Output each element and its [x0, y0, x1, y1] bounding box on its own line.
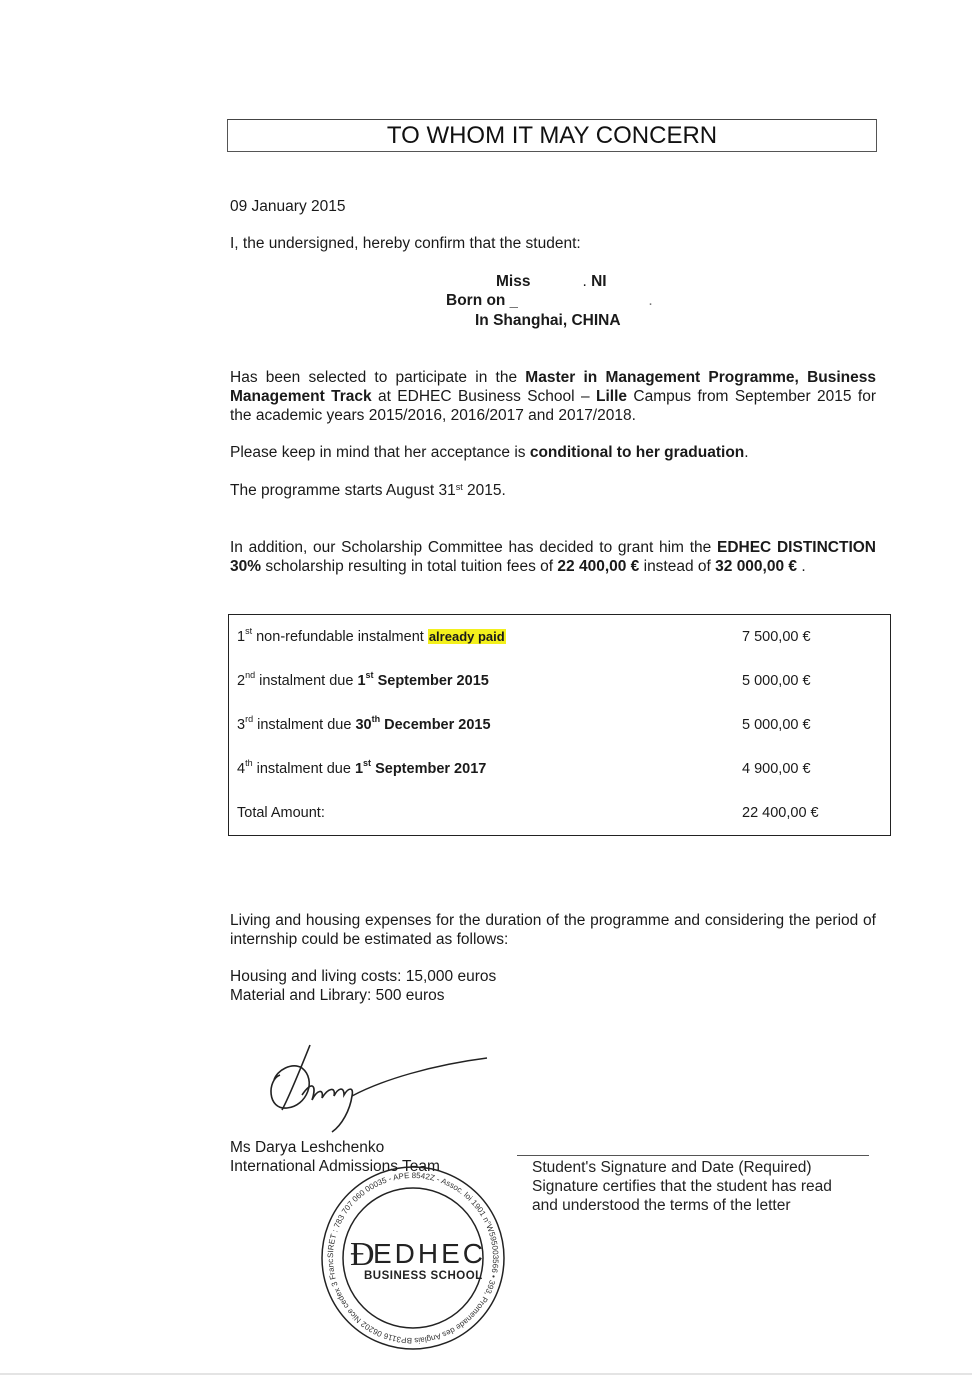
- total-amount: 22 400,00 €: [734, 791, 891, 836]
- due-date: 1st September 2017: [355, 761, 486, 777]
- fees-table: 1st non-refundable instalment already pa…: [228, 614, 891, 836]
- fee-amount: 7 500,00 €: [734, 615, 891, 660]
- fee-description: 4th instalment due 1st September 2017: [229, 747, 735, 791]
- letter-intro: I, the undersigned, hereby confirm that …: [230, 234, 581, 253]
- student-birthdate: Born on _ .: [446, 291, 653, 310]
- fee-description: 3rd instalment due 30th December 2015: [229, 703, 735, 747]
- expenses-intro: Living and housing expenses for the dura…: [230, 911, 876, 949]
- page-title: TO WHOM IT MAY CONCERN: [227, 119, 877, 152]
- due-date: 30th December 2015: [355, 717, 490, 733]
- stamp-seal-icon: SIRET : 783 707 060 00035 - APE 8542Z - …: [318, 1163, 508, 1353]
- expense-housing: Housing and living costs: 15,000 euros: [230, 967, 496, 986]
- handwritten-signature: [262, 1040, 492, 1135]
- programme-start: The programme starts August 31st 2015.: [230, 481, 506, 500]
- svg-text:Đ: Đ: [350, 1236, 375, 1273]
- due-date: 1st September 2015: [357, 673, 488, 689]
- paid-highlight: already paid: [428, 629, 506, 644]
- svg-text:EDHEC: EDHEC: [373, 1238, 486, 1269]
- selection-paragraph: Has been selected to participate in the …: [230, 368, 876, 425]
- scholarship-paragraph: In addition, our Scholarship Committee h…: [230, 538, 876, 576]
- edhec-stamp: SIRET : 783 707 060 00035 - APE 8542Z - …: [318, 1163, 508, 1353]
- student-signature-note-2: and understood the terms of the letter: [532, 1196, 791, 1215]
- student-birthplace: In Shanghai, CHINA: [475, 311, 621, 330]
- svg-text:BUSINESS SCHOOL: BUSINESS SCHOOL: [364, 1270, 483, 1282]
- student-surname: NI: [591, 273, 607, 290]
- born-label: Born on: [446, 292, 505, 309]
- signatory-name: Ms Darya Leshchenko: [230, 1138, 384, 1157]
- fee-row: 4th instalment due 1st September 20174 9…: [229, 747, 891, 791]
- fee-description: 2nd instalment due 1st September 2015: [229, 659, 735, 703]
- student-name: Miss . NI: [496, 272, 607, 291]
- fee-total-row: Total Amount:22 400,00 €: [229, 791, 891, 836]
- student-signature-label: Student's Signature and Date (Required): [532, 1158, 812, 1177]
- fee-amount: 5 000,00 €: [734, 659, 891, 703]
- total-label: Total Amount:: [229, 791, 735, 836]
- redacted-given-name: [530, 272, 582, 291]
- student-salutation: Miss: [496, 273, 530, 290]
- fee-amount: 5 000,00 €: [734, 703, 891, 747]
- condition-paragraph: Please keep in mind that her acceptance …: [230, 443, 749, 462]
- fee-row: 3rd instalment due 30th December 20155 0…: [229, 703, 891, 747]
- student-signature-note-1: Signature certifies that the student has…: [532, 1177, 832, 1196]
- redacted-birthdate: [518, 291, 648, 310]
- letter-date: 09 January 2015: [230, 197, 345, 216]
- student-signature-line: [517, 1155, 869, 1156]
- page-bottom-edge: [0, 1373, 972, 1375]
- fee-description: 1st non-refundable instalment already pa…: [229, 615, 735, 660]
- fee-amount: 4 900,00 €: [734, 747, 891, 791]
- fee-row: 2nd instalment due 1st September 20155 0…: [229, 659, 891, 703]
- fee-row: 1st non-refundable instalment already pa…: [229, 615, 891, 660]
- expense-material: Material and Library: 500 euros: [230, 986, 445, 1005]
